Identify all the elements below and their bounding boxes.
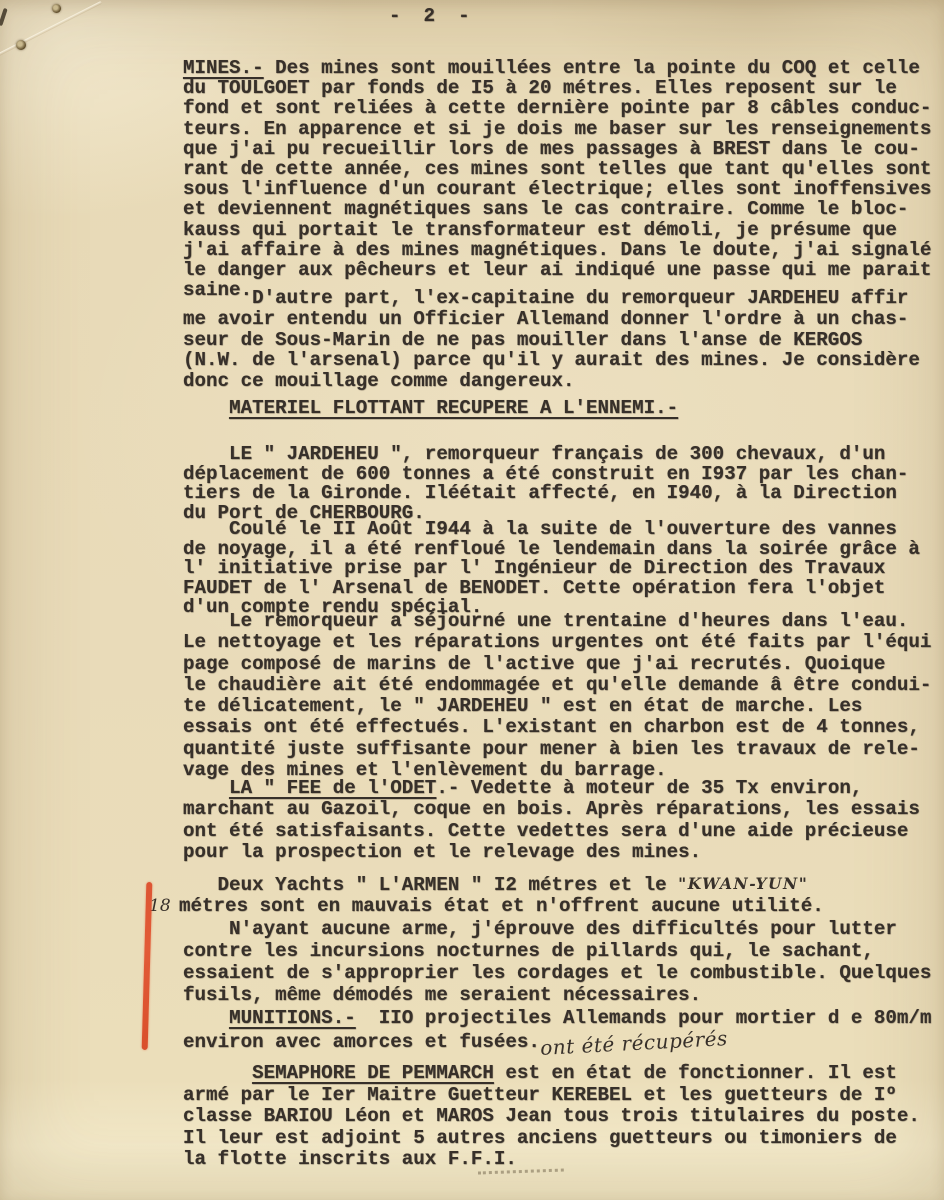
typed-text: Des mines sont mouillées entre la pointe… [183,57,931,301]
typed-text: D'autre part, l'ex-capitaine du remorque… [183,287,920,392]
para-nayant: N'ayant aucune arme, j'éprouve des diffi… [183,918,931,1006]
typed-text [183,777,229,799]
staple-hole [52,4,61,13]
staple-hole [16,40,26,50]
underlined-text: MATERIEL FLOTTANT RECUPERE A L'ENNEMI.- [229,397,678,419]
typed-text: N'ayant aucune arme, j'éprouve des diffi… [183,918,931,1006]
typed-text: Le remorqueur a séjourné une trentaine d… [183,610,931,781]
typed-text: métres sont en mauvais état et n'offrent… [179,895,824,917]
para-munitions: MUNITIONS.- IIO projectiles Allemands po… [183,1007,931,1053]
typed-text [183,1007,229,1029]
underlined-text: MINES.- [183,57,264,79]
typed-text: LE " JARDEHEU ", remorqueur français de … [183,443,908,524]
para-dautre-part: D'autre part, l'ex-capitaine du remorque… [183,288,920,392]
handwritten-text: "KWAN-YUN" [678,873,808,894]
para-le-jardeheu: LE " JARDEHEU ", remorqueur français de … [183,445,908,523]
para-remorqueur-sejourne: Le remorqueur a séjourné une trentaine d… [183,611,931,781]
underlined-text: MUNITIONS.- [229,1007,356,1029]
para-semaphore: SEMAPHORE DE PEMMARCH est en état de fon… [183,1063,920,1171]
typed-text: Deux Yachts " L'ARMEN " I2 métres et le [183,874,678,896]
typed-text: Coulé le II Août I944 à la suite de l'ou… [183,518,920,618]
typed-text [183,397,229,419]
page-number: - 2 - [389,6,470,27]
para-yachts: Deux Yachts " L'ARMEN " I2 métres et le … [183,874,824,918]
heading-materiel-flottant: MATERIEL FLOTTANT RECUPERE A L'ENNEMI.- [183,398,678,419]
underlined-text: SEMAPHORE DE PEMMARCH [252,1062,494,1084]
para-coule: Coulé le II Août I944 à la suite de l'ou… [183,520,920,618]
para-fee-odet: LA " FEE de l'ODET.- Vedette à moteur de… [183,778,920,864]
para-mines: MINES.- Des mines sont mouillées entre l… [183,58,931,300]
handwritten-text: 18 [149,896,179,917]
typed-text [183,1062,252,1084]
underlined-text: LA " FEE de l'ODET [229,777,436,799]
